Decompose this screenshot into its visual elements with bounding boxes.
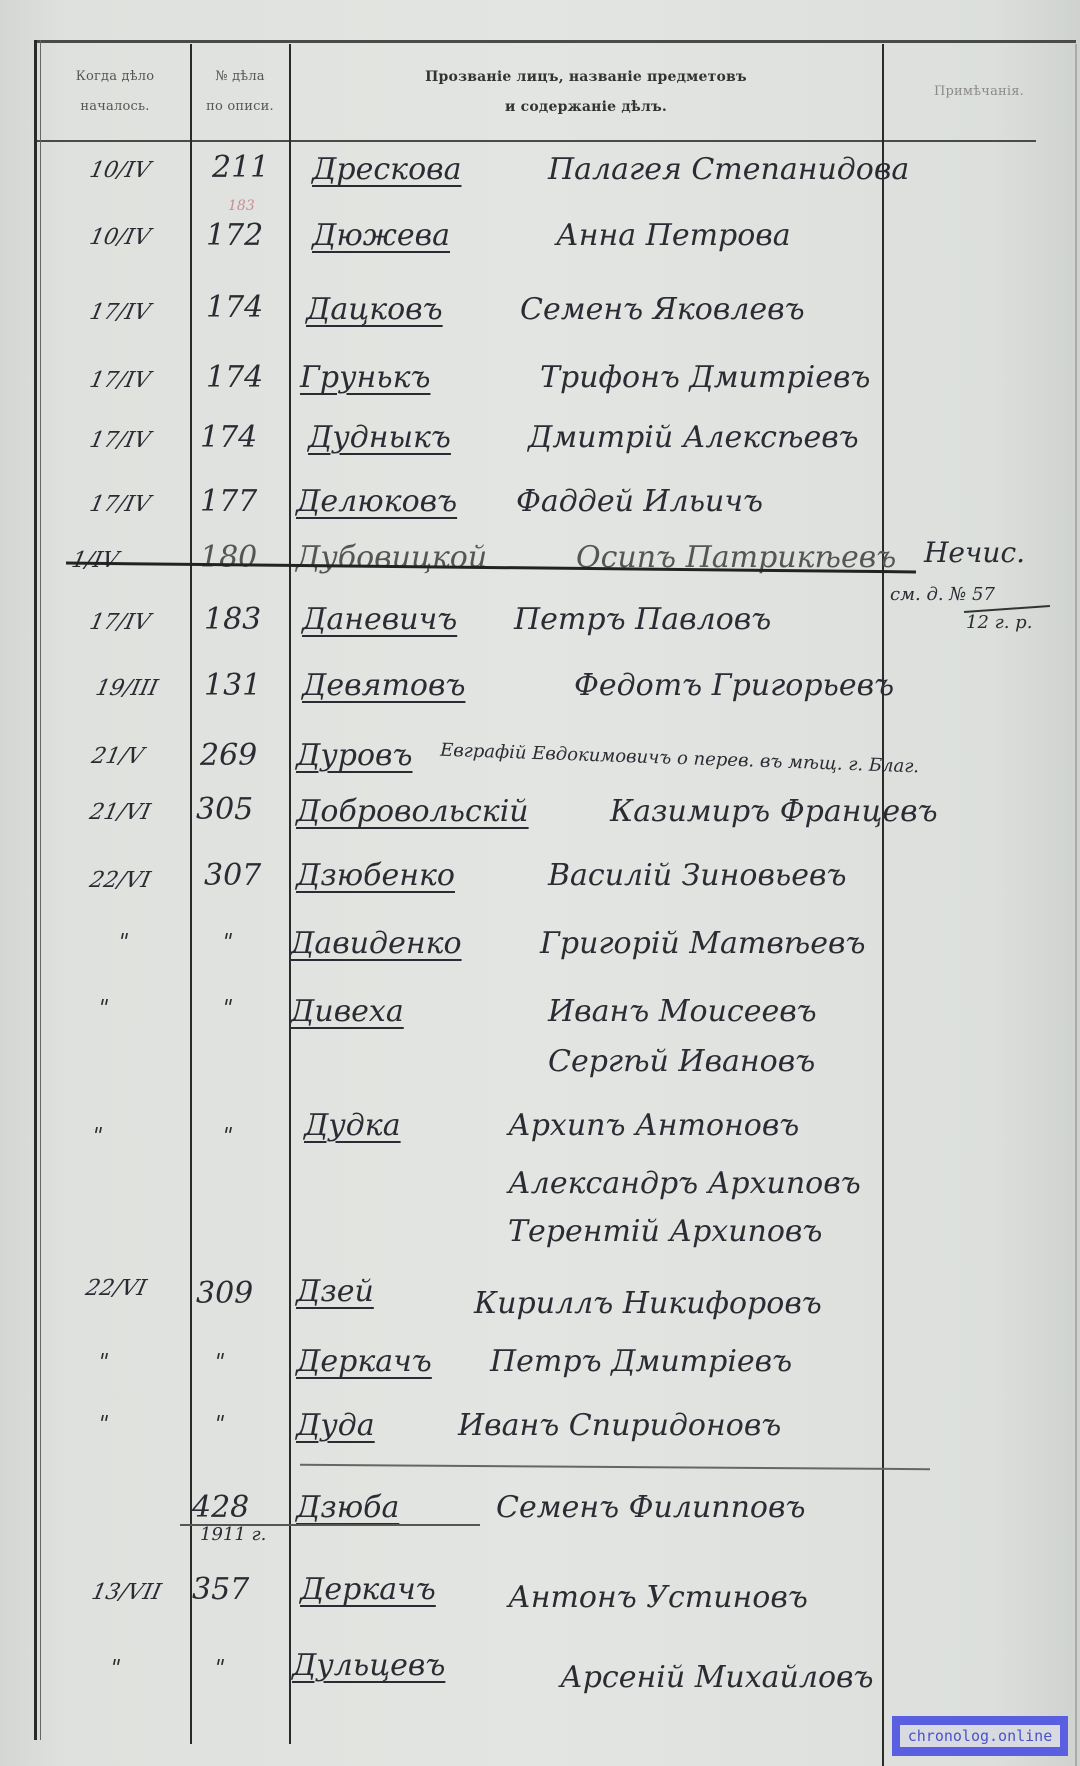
row-surname: Даневичъ [302,602,457,637]
row-surname: Девятовъ [302,668,465,703]
row-surname: Дрескова [312,152,461,187]
header-col-number: № дѣла по описи. [191,44,289,140]
row-date: 22/VI [83,1276,148,1301]
row-given-names-3: Терентій Архиповъ [508,1214,822,1249]
row-date: 17/IV [87,300,152,325]
row-date: 17/IV [87,492,152,517]
note-year: 12 г. р. [966,612,1032,633]
row-date: 21/V [89,744,146,769]
watermark-badge: chronolog.online [892,1716,1068,1756]
row-surname: Деркачъ [296,1344,432,1379]
row-surname: Дацковъ [306,292,443,327]
row-surname: Грунькъ [300,360,430,395]
row-given-names: Кириллъ Никифоровъ [474,1286,822,1321]
row-number: 269 [200,738,257,773]
row-given-names: Архипъ Антоновъ [508,1108,799,1143]
row-given-names: Петръ Дмитріевъ [490,1344,792,1379]
row-given-names: Анна Петрова [556,218,791,253]
table-top-border [36,40,1076,43]
header-col-date-line1: Когда дѣло [76,62,155,92]
row-number: 305 [196,792,253,827]
row-number: " [211,1412,226,1437]
row-surname: Дуда [296,1408,375,1443]
row-date: 22/VI [87,868,152,893]
row-number: 428 [192,1490,249,1525]
row-date: 17/IV [87,428,152,453]
row-date: " [115,930,130,955]
row-given-names: Иванъ Моисеевъ [548,994,817,1029]
row-surname: Давиденко [290,926,462,961]
row-given-names-2: Александръ Архиповъ [508,1166,861,1201]
row-number: " [211,1350,226,1375]
row-surname: Дюжева [312,218,450,253]
header-col-notes-label: Примѣчанія. [934,77,1024,107]
row-date: " [89,1124,104,1149]
row-date: " [95,1350,110,1375]
header-col-number-line1: № дѣла [215,62,265,92]
row-surname: Дубовицкой [296,540,487,575]
row-number: 211 [212,150,269,185]
row-date: " [95,996,110,1021]
row-surname: Дудка [304,1108,401,1143]
row-date: 19/III [93,676,160,701]
row-number: " [219,1124,234,1149]
row-date: 17/IV [87,610,152,635]
row-date: 10/IV [87,158,152,183]
row-given-names: Семенъ Филипповъ [496,1490,805,1525]
row-number: 174 [206,290,263,325]
row-given-names: Палагея Степанидова [548,152,909,187]
row-surname: Дзюба [296,1490,399,1525]
row-number: 177 [200,484,257,519]
row-number: 183 [204,602,261,637]
row-date: " [107,1656,122,1681]
row-surname: Делюковъ [296,484,457,519]
row-date: 13/VII [89,1580,163,1605]
table-right-border [1075,44,1077,1766]
row-given-names-2: Сергѣй Ивановъ [548,1044,815,1079]
row-given-names: Казимиръ Францевъ [610,794,938,829]
row-number: " [211,1656,226,1681]
row-given-names: Федотъ Григорьевъ [574,668,894,703]
row-number: 307 [204,858,261,893]
row-surname: Дивеха [290,994,404,1029]
row-number: 309 [196,1276,253,1311]
row-number: " [219,996,234,1021]
row-number: 174 [206,360,263,395]
row-number: 174 [200,420,257,455]
row-given-names: Евграфій Евдокимовичъ о перев. въ мѣщ. г… [440,740,920,778]
note-not-numbered: Нечис. [924,536,1025,569]
row-number: " [219,930,234,955]
row-number-correction: 183 [228,198,255,214]
row-given-names: Антонъ Устиновъ [508,1580,808,1615]
row-date: 17/IV [87,368,152,393]
note-see-case: см. д. № 57 [890,584,995,605]
row-date: 21/VI [87,800,152,825]
column-divider-num-names [289,44,291,1744]
header-col-names-line1: Прозваніе лицъ, названіе предметовъ [425,62,747,92]
header-col-date: Когда дѣло началось. [40,44,190,140]
header-bottom-border [36,140,1036,142]
row-number: 172 [206,218,263,253]
row-given-names: Дмитрій Алексѣевъ [528,420,859,455]
row-given-names: Григорій Матвѣевъ [540,926,865,961]
row-surname: Дуровъ [296,738,413,773]
year-marker: 1911 г. [200,1524,266,1545]
row-date: 10/IV [87,225,152,250]
watermark-text: chronolog.online [900,1725,1061,1747]
ledger-page: Когда дѣло началось. № дѣла по описи. Пр… [0,0,1080,1766]
row-given-names: Фаддей Ильичъ [516,484,763,519]
section-divider-line [300,1464,930,1470]
row-surname: Добровольскій [296,794,529,829]
header-col-names: Прозваніе лицъ, названіе предметовъ и со… [290,44,882,140]
column-divider-names-notes [882,44,884,1766]
row-number: 131 [204,668,261,703]
row-given-names: Семенъ Яковлевъ [520,292,805,327]
row-given-names: Петръ Павловъ [514,602,771,637]
header-col-notes: Примѣчанія. [884,44,1074,140]
row-given-names: Иванъ Спиридоновъ [458,1408,781,1443]
table-left-border [34,40,37,1740]
row-surname: Дудныкъ [308,420,451,455]
header-col-date-line2: началось. [80,92,149,122]
column-divider-date-num [190,44,192,1744]
row-date: 1/IV [69,548,120,573]
row-surname: Дульцевъ [292,1648,445,1683]
row-given-names: Трифонъ Дмитріевъ [540,360,870,395]
row-given-names: Василій Зиновьевъ [548,858,846,893]
row-number: 357 [192,1572,249,1607]
row-surname: Дзей [296,1274,374,1309]
table-left-border-inner [40,40,41,1740]
row-number: 180 [200,540,257,575]
header-col-names-line2: и содержаніе дѣлъ. [505,92,667,122]
row-surname: Дзюбенко [296,858,455,893]
row-surname: Деркачъ [300,1572,436,1607]
row-date: " [95,1412,110,1437]
header-col-number-line2: по описи. [206,92,274,122]
row-given-names: Арсеній Михайловъ [560,1660,873,1695]
